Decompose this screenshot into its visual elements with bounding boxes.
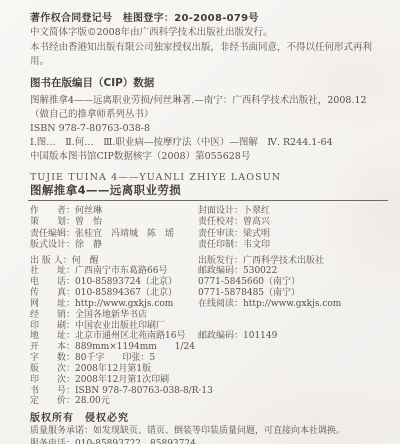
pub-postcode: 邮政编码：530022 bbox=[198, 266, 388, 277]
pub-empty-cell bbox=[213, 386, 388, 397]
staff-editors: 责任编辑：张桂宜 冯靖城 陈 瑶 bbox=[30, 229, 198, 241]
pub-format: 开 本：889mm×1194mm 1/24 bbox=[30, 342, 198, 353]
pub-publisher-house: 出版发行：广西科学技术出版社 bbox=[198, 256, 388, 267]
pub-publisher-person: 出 版 人：何 醒 bbox=[30, 256, 198, 267]
cip-heading: 图书在版编目（CIP）数据 bbox=[30, 77, 388, 90]
pub-printer: 印 刷：中国农业出版社印刷厂 bbox=[30, 321, 198, 332]
pub-row: 书 号：ISBN 978-7-80763-038-8/R·13 bbox=[30, 386, 388, 397]
pub-website: 网 址：http://www.gxkjs.com bbox=[30, 299, 198, 310]
staff-planner: 策 划：曾 怡 bbox=[30, 217, 198, 229]
pub-row: 地 址：北京市通州区北苑南路16号 邮政编码：101149 bbox=[30, 331, 388, 342]
staff-credits-table: 作 者：何丝琳 封面设计：卜翠红 策 划：曾 怡 责任校对：曾高兴 责任编辑：张… bbox=[30, 206, 388, 252]
cip-series-line: （做自己的推拿师系列丛书） bbox=[30, 108, 388, 122]
pub-address: 社 址：广西南宁市东葛路66号 bbox=[30, 266, 198, 277]
pub-empty-cell bbox=[198, 364, 388, 375]
pub-distribution: 经 销：全国各地新华书店 bbox=[30, 310, 198, 321]
pub-row: 印 次：2008年12月第1次印刷 bbox=[30, 375, 388, 386]
pub-online-reading: 在线阅读：http://www.gxkjs.com bbox=[198, 299, 388, 310]
staff-proofreader: 责任校对：曾高兴 bbox=[198, 217, 388, 229]
pub-row: 版 次：2008年12月第1版 bbox=[30, 364, 388, 375]
pub-row: 印 刷：中国农业出版社印刷厂 bbox=[30, 321, 388, 332]
pub-fax-nanning: 0771-5878485（南宁） bbox=[198, 288, 388, 299]
pub-row: 字 数：80千字 印张：5 bbox=[30, 353, 388, 364]
pub-empty-cell bbox=[198, 396, 388, 407]
cip-description-line: 图解推拿4——远离职业劳损/何丝琳著.—南宁：广西科学技术出版社，2008.12 bbox=[30, 94, 388, 108]
pub-printer-postcode: 邮政编码：101149 bbox=[198, 331, 388, 342]
book-title-chinese: 图解推拿4——远离职业劳损 bbox=[30, 183, 388, 197]
pub-row: 定 价：28.00元 bbox=[30, 396, 388, 407]
pub-row: 传 真：010-85894367（北京） 0771-5878485（南宁） bbox=[30, 288, 388, 299]
pub-impression: 印 次：2008年12月第1次印刷 bbox=[30, 375, 198, 386]
pub-edition: 版 次：2008年12月第1版 bbox=[30, 364, 198, 375]
rights-block: 著作权合同登记号 桂图登字：20-2008-079号 中文简体字版©2008年由… bbox=[30, 11, 388, 70]
cip-block: 图书在版编目（CIP）数据 图解推拿4——远离职业劳损/何丝琳著.—南宁：广西科… bbox=[30, 77, 388, 165]
pub-printer-address: 地 址：北京市通州区北苑南路16号 bbox=[30, 331, 198, 342]
pub-empty-cell bbox=[198, 353, 388, 364]
cip-record-number-line: 中国版本图书馆CIP数据核字（2008）第055628号 bbox=[30, 150, 388, 164]
pub-empty-cell bbox=[198, 342, 388, 353]
title-divider-rule bbox=[28, 200, 388, 201]
pub-empty-cell bbox=[198, 375, 388, 386]
pub-book-number: 书 号：ISBN 978-7-80763-038-8/R·13 bbox=[30, 386, 213, 397]
book-title-block: TUJIE TUINA 4——YUANLI ZHIYE LAOSUN 图解推拿4… bbox=[30, 172, 388, 201]
registration-line: 著作权合同登记号 桂图登字：20-2008-079号 bbox=[30, 11, 388, 26]
staff-author: 作 者：何丝琳 bbox=[30, 206, 198, 218]
pub-empty-cell bbox=[198, 310, 388, 321]
staff-layout-design: 版式设计：徐 静 bbox=[30, 240, 198, 252]
pub-row: 经 销：全国各地新华书店 bbox=[30, 310, 388, 321]
pub-row: 出 版 人：何 醒 出版发行：广西科学技术出版社 bbox=[30, 256, 388, 267]
cip-isbn-line: ISBN 978-7-80763-038-8 bbox=[30, 122, 388, 136]
copyright-notice: 版权所有 侵权必究 bbox=[30, 412, 388, 425]
cip-lines: 图解推拿4——远离职业劳损/何丝琳著.—南宁：广西科学技术出版社，2008.12… bbox=[30, 94, 388, 165]
footer-block: 版权所有 侵权必究 质量服务承诺：如发现缺页、错页、倒装等印装质量问题，可直接向… bbox=[30, 412, 388, 444]
staff-row: 版式设计：徐 静 责任印制：韦文印 bbox=[30, 240, 388, 252]
book-title-pinyin: TUJIE TUINA 4——YUANLI ZHIYE LAOSUN bbox=[30, 172, 388, 183]
pub-row: 电 话：010-85893724（北京） 0771-5845660（南宁） bbox=[30, 277, 388, 288]
pub-word-count: 字 数：80千字 印张：5 bbox=[30, 353, 198, 364]
copyright-page: 著作权合同登记号 桂图登字：20-2008-079号 中文简体字版©2008年由… bbox=[0, 0, 400, 444]
pub-row: 网 址：http://www.gxkjs.com 在线阅读：http://www… bbox=[30, 299, 388, 310]
staff-row: 作 者：何丝琳 封面设计：卜翠红 bbox=[30, 206, 388, 218]
staff-reviewer: 责任审读：梁式明 bbox=[198, 229, 388, 241]
staff-row: 责任编辑：张桂宜 冯靖城 陈 瑶 责任审读：梁式明 bbox=[30, 229, 388, 241]
quality-promise-line: 质量服务承诺：如发现缺页、错页、倒装等印装质量问题，可直接向本社调换。 bbox=[30, 426, 388, 438]
staff-row: 策 划：曾 怡 责任校对：曾高兴 bbox=[30, 217, 388, 229]
pub-row: 社 址：广西南宁市东葛路66号 邮政编码：530022 bbox=[30, 266, 388, 277]
service-phone-line: 服务电话：010-85893722 85893724 bbox=[30, 439, 388, 444]
license-line: 本书经由香港知出版有限公司独家授权出版，非经书面同意，不得以任何形式再利用。 bbox=[30, 41, 388, 70]
pub-fax: 传 真：010-85894367（北京） bbox=[30, 288, 198, 299]
pub-price: 定 价：28.00元 bbox=[30, 396, 198, 407]
staff-print-supervisor: 责任印制：韦文印 bbox=[198, 240, 388, 252]
staff-cover-design: 封面设计：卜翠红 bbox=[198, 206, 388, 218]
cip-classification-line: Ⅰ.图… Ⅱ.何… Ⅲ.职业病—按摩疗法（中医）—图解 Ⅳ. R244.1-64 bbox=[30, 136, 388, 150]
edition-line: 中文简体字版©2008年由广西科学技术出版社出版发行。 bbox=[30, 26, 388, 41]
pub-phone-nanning: 0771-5845660（南宁） bbox=[198, 277, 388, 288]
publication-info-table: 出 版 人：何 醒 出版发行：广西科学技术出版社 社 址：广西南宁市东葛路66号… bbox=[30, 256, 388, 408]
pub-empty-cell bbox=[198, 321, 388, 332]
pub-row: 开 本：889mm×1194mm 1/24 bbox=[30, 342, 388, 353]
pub-phone: 电 话：010-85893724（北京） bbox=[30, 277, 198, 288]
